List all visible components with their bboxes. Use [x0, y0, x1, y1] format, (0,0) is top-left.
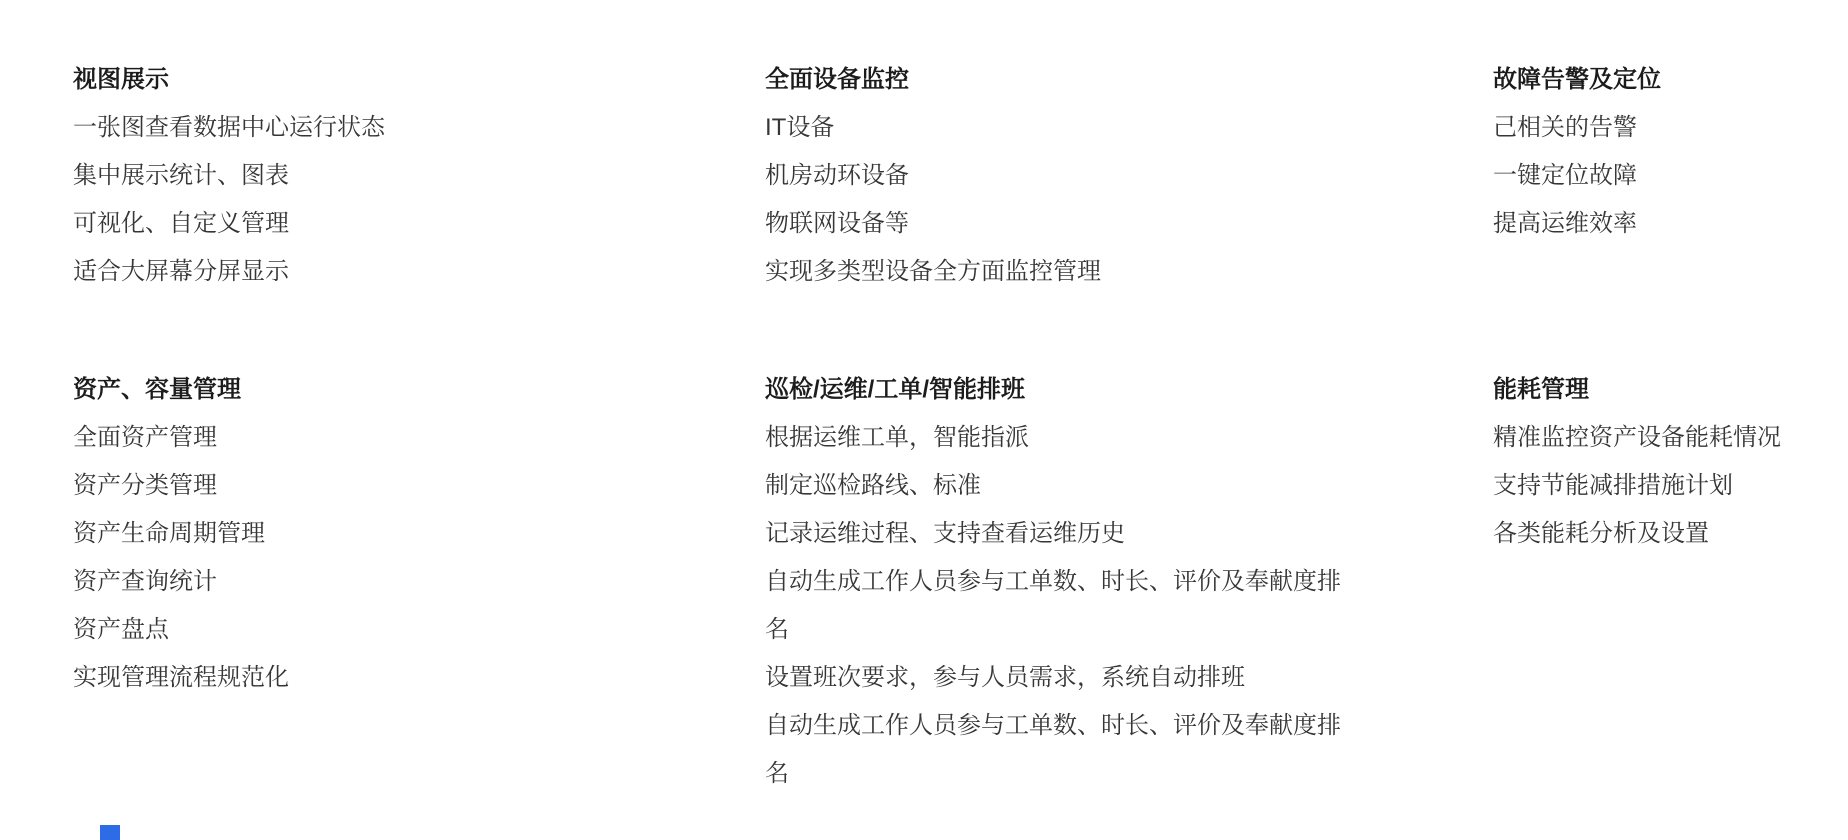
feature-item: 一张图查看数据中心运行状态 [73, 104, 765, 152]
feature-item: 根据运维工单，智能指派 [765, 414, 1353, 462]
feature-section: 能耗管理精准监控资产设备能耗情况支持节能减排措施计划各类能耗分析及设置 [1493, 366, 1848, 558]
feature-item: 一键定位故障 [1493, 152, 1848, 200]
feature-section-title: 资产、容量管理 [73, 366, 765, 414]
feature-row: 视图展示一张图查看数据中心运行状态集中展示统计、图表可视化、自定义管理适合大屏幕… [73, 56, 1848, 296]
feature-item: 记录运维过程、支持查看运维历史 [765, 510, 1353, 558]
feature-item: 机房动环设备 [765, 152, 1353, 200]
partial-blue-element[interactable] [100, 825, 120, 840]
feature-item: 全面资产管理 [73, 414, 765, 462]
feature-item: 资产盘点 [73, 606, 765, 654]
feature-item: 支持节能减排措施计划 [1493, 462, 1848, 510]
feature-section: 巡检/运维/工单/智能排班根据运维工单，智能指派制定巡检路线、标准记录运维过程、… [765, 366, 1353, 798]
feature-row: 资产、容量管理全面资产管理资产分类管理资产生命周期管理资产查询统计资产盘点实现管… [73, 366, 1848, 798]
feature-item: 自动生成工作人员参与工单数、时长、评价及奉献度排名 [765, 558, 1353, 654]
feature-item: 各类能耗分析及设置 [1493, 510, 1848, 558]
feature-section-title: 全面设备监控 [765, 56, 1353, 104]
feature-section: 全面设备监控IT设备机房动环设备物联网设备等实现多类型设备全方面监控管理 [765, 56, 1353, 296]
feature-section-title: 巡检/运维/工单/智能排班 [765, 366, 1353, 414]
feature-item: 制定巡检路线、标准 [765, 462, 1353, 510]
feature-item: 提高运维效率 [1493, 200, 1848, 248]
features-grid: 视图展示一张图查看数据中心运行状态集中展示统计、图表可视化、自定义管理适合大屏幕… [0, 0, 1848, 840]
feature-section-title: 能耗管理 [1493, 366, 1848, 414]
feature-item: 集中展示统计、图表 [73, 152, 765, 200]
feature-item: 资产分类管理 [73, 462, 765, 510]
feature-item: 适合大屏幕分屏显示 [73, 248, 765, 296]
feature-section: 视图展示一张图查看数据中心运行状态集中展示统计、图表可视化、自定义管理适合大屏幕… [73, 56, 765, 296]
feature-item: 资产生命周期管理 [73, 510, 765, 558]
feature-section-title: 故障告警及定位 [1493, 56, 1848, 104]
feature-item: 实现管理流程规范化 [73, 654, 765, 702]
feature-section-title: 视图展示 [73, 56, 765, 104]
feature-item: 己相关的告警 [1493, 104, 1848, 152]
feature-item: IT设备 [765, 104, 1353, 152]
feature-section: 故障告警及定位己相关的告警一键定位故障提高运维效率 [1493, 56, 1848, 248]
feature-item: 可视化、自定义管理 [73, 200, 765, 248]
feature-item: 实现多类型设备全方面监控管理 [765, 248, 1353, 296]
feature-item: 设置班次要求，参与人员需求，系统自动排班 [765, 654, 1353, 702]
feature-item: 精准监控资产设备能耗情况 [1493, 414, 1848, 462]
feature-item: 自动生成工作人员参与工单数、时长、评价及奉献度排名 [765, 702, 1353, 798]
feature-section: 资产、容量管理全面资产管理资产分类管理资产生命周期管理资产查询统计资产盘点实现管… [73, 366, 765, 702]
feature-item: 资产查询统计 [73, 558, 765, 606]
feature-item: 物联网设备等 [765, 200, 1353, 248]
